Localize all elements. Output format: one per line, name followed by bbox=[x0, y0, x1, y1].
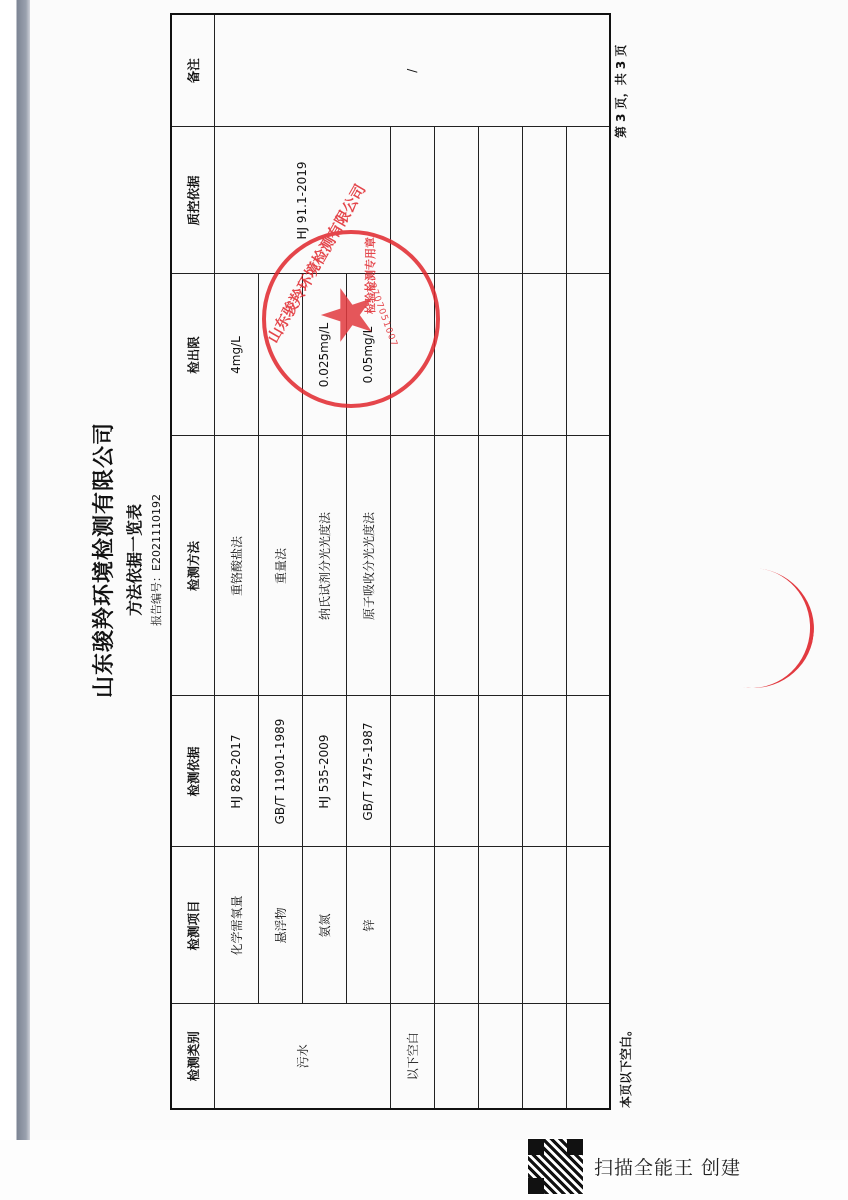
header-limit: 检出限 bbox=[171, 274, 214, 436]
item-cell: 悬浮物 bbox=[258, 847, 302, 1004]
table-row-empty bbox=[522, 14, 566, 1109]
basis-cell: HJ 535-2009 bbox=[302, 696, 346, 847]
qc-basis-cell: HJ 91.1-2019 bbox=[214, 127, 390, 274]
basis-cell: GB/T 11901-1989 bbox=[258, 696, 302, 847]
method-cell: 重量法 bbox=[258, 436, 302, 696]
item-cell: 氨氮 bbox=[302, 847, 346, 1004]
method-cell: 纳氏试剂分光光度法 bbox=[302, 436, 346, 696]
method-table-wrapper: 检测类别 检测项目 检测依据 检测方法 检出限 质控依据 备注 污水 化学需氧量… bbox=[170, 15, 608, 1110]
qr-code-icon bbox=[527, 1138, 584, 1195]
table-row-empty bbox=[434, 14, 478, 1109]
item-cell: 锌 bbox=[346, 847, 390, 1004]
table-row-blank-label: 以下空白 bbox=[390, 14, 434, 1109]
blank-label-cell: 以下空白 bbox=[390, 1004, 434, 1109]
scan-edge bbox=[0, 0, 30, 1140]
blank-page-note: 本页以下空白。 bbox=[617, 968, 634, 1108]
table-row: 污水 化学需氧量 HJ 828-2017 重铬酸盐法 4mg/L HJ 91.1… bbox=[214, 14, 258, 1109]
limit-cell: 0.05mg/L bbox=[346, 274, 390, 436]
basis-cell: GB/T 7475-1987 bbox=[346, 696, 390, 847]
basis-cell: HJ 828-2017 bbox=[214, 696, 258, 847]
item-cell: 化学需氧量 bbox=[214, 847, 258, 1004]
header-item: 检测项目 bbox=[171, 847, 214, 1004]
method-cell: 重铬酸盐法 bbox=[214, 436, 258, 696]
header-qc-basis: 质控依据 bbox=[171, 127, 214, 274]
table-row-empty bbox=[478, 14, 522, 1109]
header-method: 检测方法 bbox=[171, 436, 214, 696]
header-category: 检测类别 bbox=[171, 1004, 214, 1109]
limit-cell bbox=[258, 274, 302, 436]
scanner-app-credit: 扫描全能王 创建 bbox=[594, 1153, 741, 1180]
remark-cell: / bbox=[214, 14, 610, 127]
title-block: 山东骏羚环境检测有限公司 方法依据一览表 报告编号：E2021110192 bbox=[88, 400, 166, 720]
table-header-row: 检测类别 检测项目 检测依据 检测方法 检出限 质控依据 备注 bbox=[171, 14, 214, 1109]
scanner-watermark-footer: 扫描全能王 创建 bbox=[527, 1138, 741, 1195]
header-remark: 备注 bbox=[171, 14, 214, 127]
company-name: 山东骏羚环境检测有限公司 bbox=[88, 400, 122, 720]
limit-cell: 4mg/L bbox=[214, 274, 258, 436]
method-cell: 原子吸收分光光度法 bbox=[346, 436, 390, 696]
method-table: 检测类别 检测项目 检测依据 检测方法 检出限 质控依据 备注 污水 化学需氧量… bbox=[170, 13, 611, 1110]
category-cell: 污水 bbox=[214, 1004, 390, 1109]
report-number: 报告编号：E2021110192 bbox=[148, 400, 166, 720]
limit-cell: 0.025mg/L bbox=[302, 274, 346, 436]
page-number: 第 3 页，共 3 页 bbox=[612, 8, 629, 138]
document-subtitle: 方法依据一览表 bbox=[122, 400, 148, 720]
table-row-empty bbox=[566, 14, 610, 1109]
header-basis: 检测依据 bbox=[171, 696, 214, 847]
